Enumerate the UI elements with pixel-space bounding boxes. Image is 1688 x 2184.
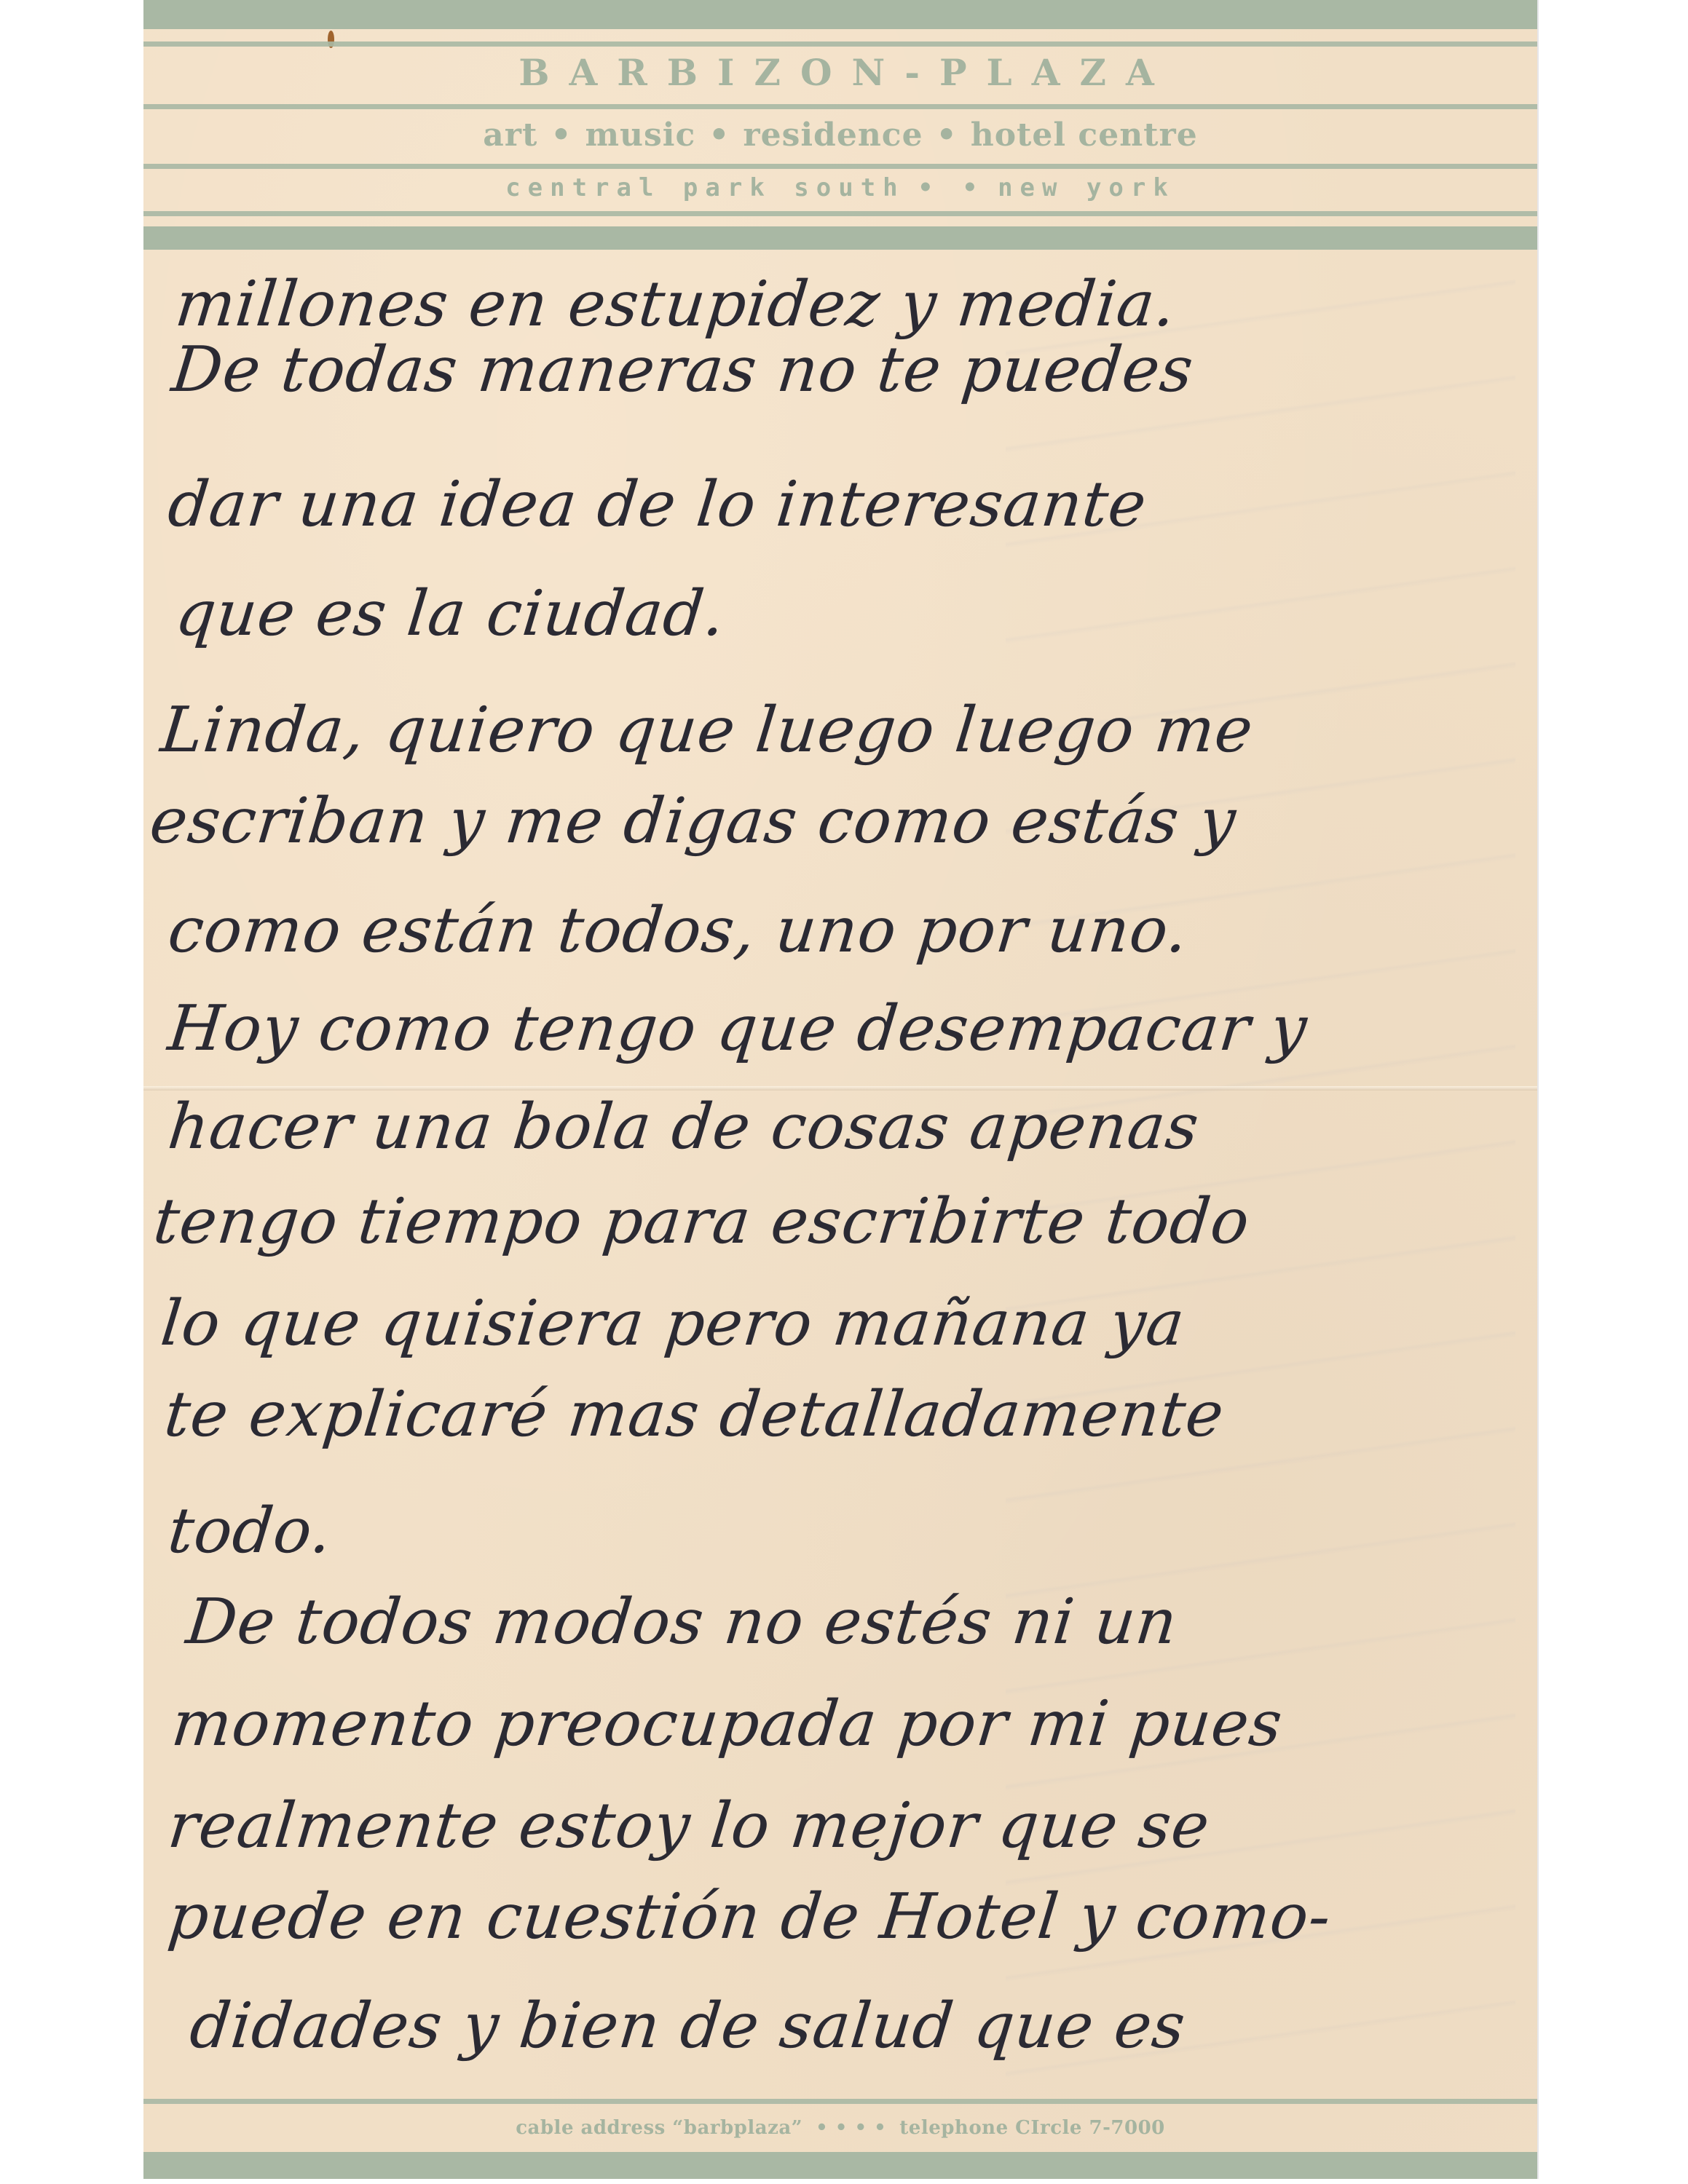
letterhead-rule-4 [143,211,1537,216]
letterhead-top-band [143,0,1537,29]
address-separator: • • [905,173,998,202]
handwritten-line: momento preocupada por mi pues [169,1693,1285,1755]
footer-dots: • • • • [802,2117,899,2139]
letter-page: BARBIZON-PLAZA art•music•residence•hotel… [143,0,1537,2179]
hotel-name: BARBIZON-PLAZA [143,51,1543,94]
address-street: central park south [505,173,904,202]
handwritten-line: como están todos, uno por uno. [165,899,1191,962]
handwritten-line: De todas maneras no te puedes [169,339,1196,401]
tagline-separator: • [537,116,585,154]
handwritten-line: que es la ciudad. [173,582,728,645]
letterhead-bottom-band [143,226,1537,250]
tagline-separator: • [695,116,743,154]
footer-cable-address: cable address “barbplaza” [516,2117,802,2139]
handwritten-line: De todos modos no estés ni un [184,1591,1180,1653]
tagline-residence: residence [743,116,923,154]
handwritten-line: Linda, quiero que luego luego me [158,699,1256,761]
handwritten-line: Hoy como tengo que desempacar y [165,997,1310,1060]
handwritten-line: escriban y me digas como estás y [147,790,1239,852]
handwritten-line: lo que quisiera pero mañana ya [158,1292,1188,1355]
footer-telephone: telephone CIrcle 7-7000 [899,2117,1165,2139]
handwritten-line: te explicaré mas detalladamente [162,1383,1227,1446]
tagline-hotel-centre: hotel centre [971,116,1198,154]
handwritten-line: tengo tiempo para escribirte todo [151,1190,1253,1253]
handwritten-line: realmente estoy lo mejor que se [165,1795,1212,1857]
letterhead-tagline: art•music•residence•hotel centre [143,116,1537,154]
letterhead-address: central park south• •new york [143,173,1537,202]
footer-bottom-band [143,2152,1537,2179]
handwritten-line: millones en estupidez y media. [173,273,1179,336]
letterhead-footer: cable address “barbplaza”• • • •telephon… [143,2117,1581,2139]
tagline-separator: • [923,116,971,154]
handwritten-line: hacer una bola de cosas apenas [165,1096,1202,1158]
letterhead-rule-2 [143,104,1537,109]
handwritten-line: dar una idea de lo interesante [165,473,1150,536]
tagline-music: music [585,116,695,154]
handwritten-line: puede en cuestión de Hotel y como- [165,1886,1334,1948]
handwritten-line: didades y bien de salud que es [187,1995,1188,2057]
handwritten-line: todo. [165,1500,335,1562]
footer-rule [143,2099,1537,2104]
letterhead-rule-1 [143,41,1537,47]
address-city: new york [998,173,1175,202]
tagline-art: art [483,116,537,154]
letterhead-rule-3 [143,164,1537,169]
